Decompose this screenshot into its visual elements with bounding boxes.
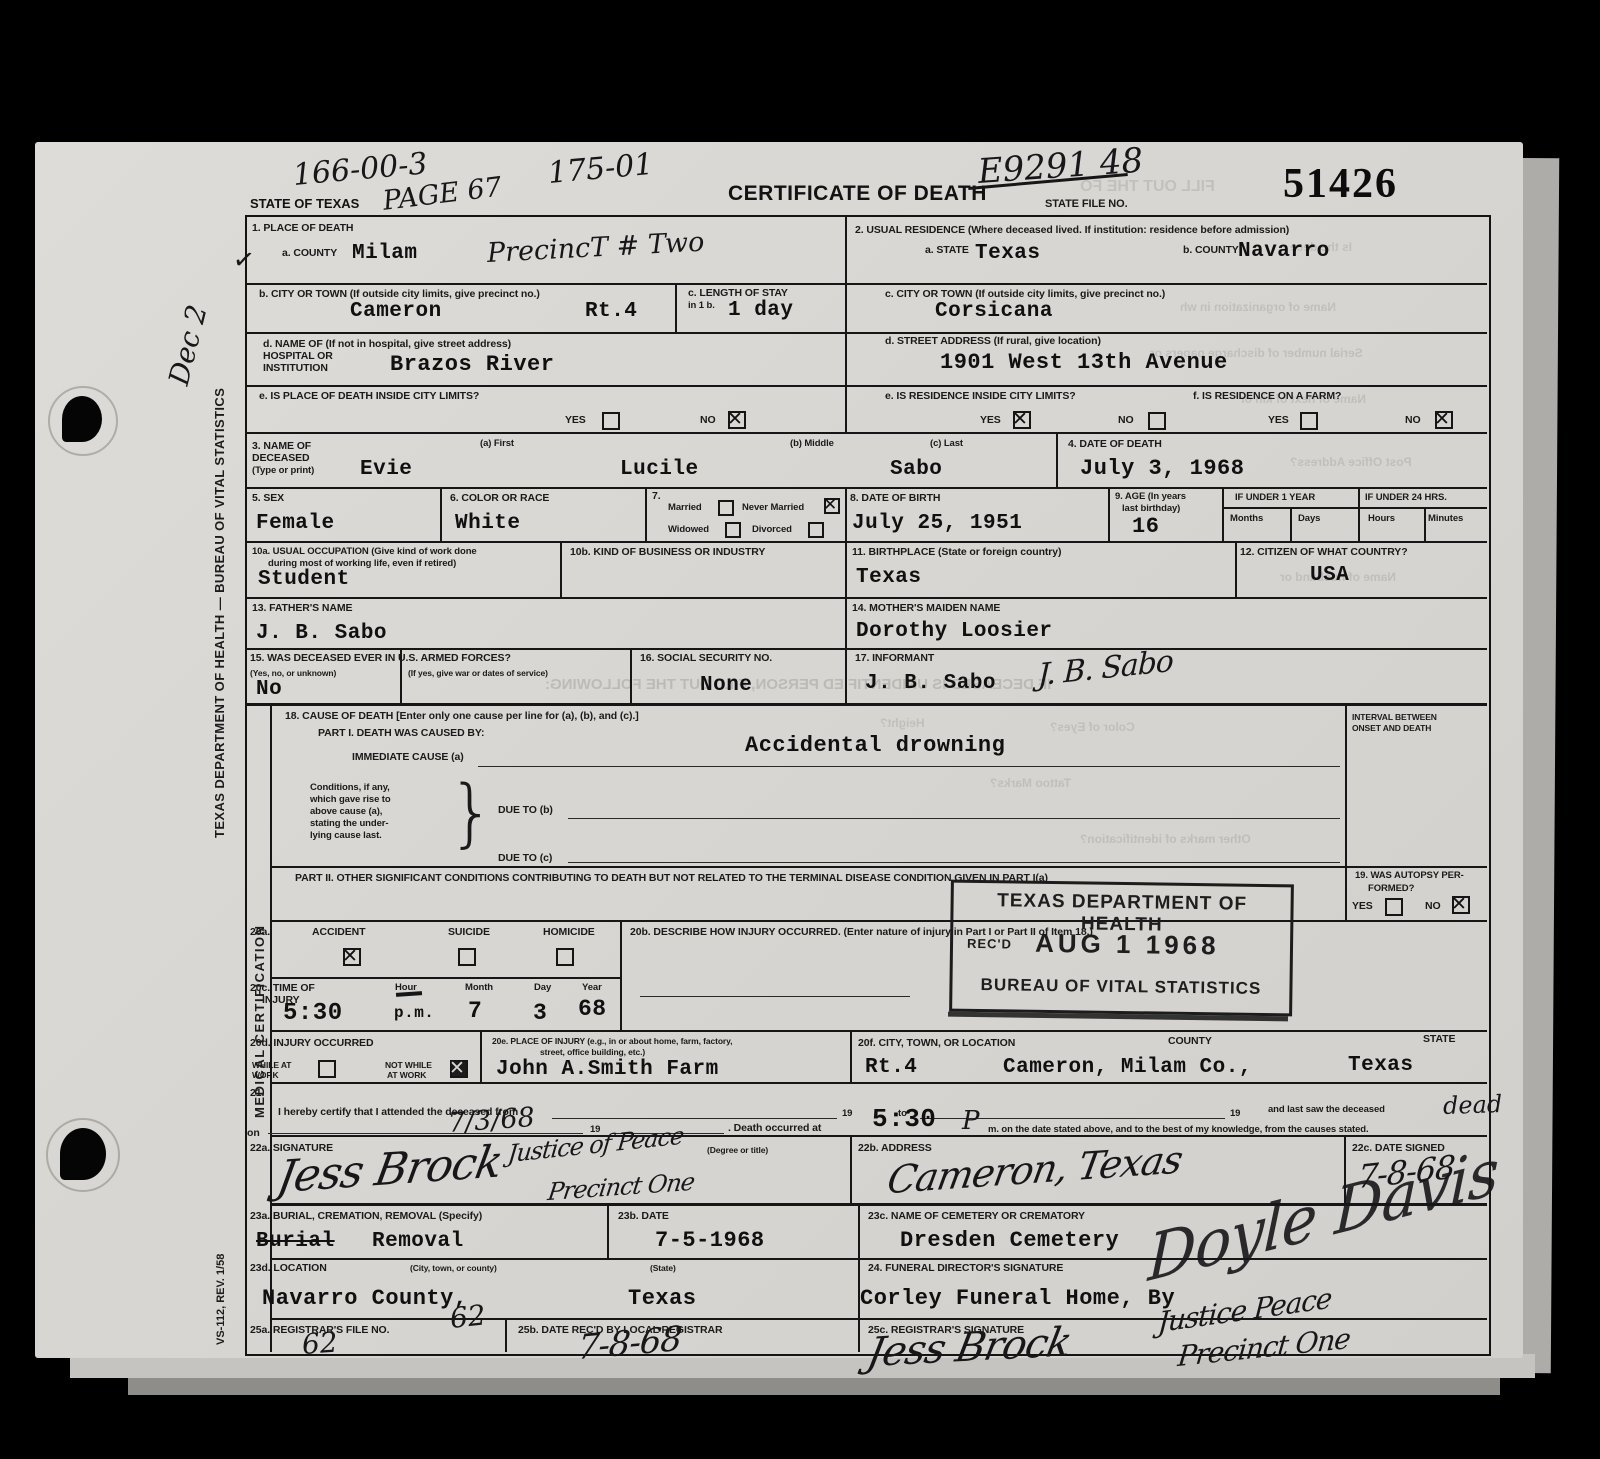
- state-file-number: 51426: [1283, 160, 1398, 208]
- county-label: a. COUNTY: [282, 247, 337, 259]
- hospital-label-3: INSTITUTION: [263, 362, 328, 374]
- place-of-injury-label-1: 20e. PLACE OF INJURY (e.g., in or about …: [492, 1036, 732, 1046]
- armed-forces-label: 15. WAS DECEASED EVER IN U.S. ARMED FORC…: [250, 652, 511, 664]
- certify-text-4: m. on the date stated above, and to the …: [988, 1124, 1369, 1135]
- middle-name-value: Lucile: [620, 458, 699, 481]
- cemetery-label: 23c. NAME OF CEMETERY OR CREMATORY: [868, 1210, 1085, 1222]
- mothers-maiden-name-label: 14. MOTHER'S MAIDEN NAME: [852, 602, 1000, 614]
- days-label: Days: [1298, 513, 1320, 524]
- certify-time-value: 5:30: [872, 1104, 936, 1134]
- middle-name-label: (b) Middle: [790, 438, 834, 449]
- received-stamp: TEXAS DEPARTMENT OF HEALTH REC'D AUG 1 1…: [949, 880, 1294, 1017]
- ssn-value: None: [700, 674, 752, 697]
- residence-no-checkbox: [1148, 412, 1166, 430]
- farm-yes-checkbox: [1300, 412, 1318, 430]
- margin-form-number: VS-112, REV. 1/58: [215, 1254, 227, 1345]
- injury-day-value: 3: [533, 1000, 547, 1026]
- location-state-value: Texas: [628, 1286, 697, 1311]
- autopsy-label-2: FORMED?: [1368, 883, 1414, 894]
- armed-forces-sub-1: (Yes, no, or unknown): [250, 668, 336, 678]
- address-label: 22b. ADDRESS: [858, 1142, 932, 1154]
- certify-text-3: . Death occurred at: [728, 1122, 821, 1134]
- degree-title-label: (Degree or title): [707, 1145, 768, 1155]
- route-value: Rt.4: [585, 300, 637, 323]
- homicide-label: HOMICIDE: [543, 926, 595, 938]
- x-mark-icon: ✕: [823, 495, 837, 515]
- x-mark-icon: ✕: [1451, 893, 1467, 915]
- location-sub-1: (City, town, or county): [410, 1263, 497, 1273]
- residence-state-value: Texas: [975, 242, 1041, 265]
- color-race-value: White: [455, 512, 521, 535]
- certify-section-label: 21.: [250, 1087, 264, 1099]
- date-of-death-label: 4. DATE OF DEATH: [1068, 438, 1162, 450]
- state-file-no-label: STATE FILE NO.: [1045, 198, 1128, 210]
- last-name-label: (c) Last: [930, 438, 963, 449]
- burial-date-label: 23b. DATE: [618, 1210, 669, 1222]
- divorced-label: Divorced: [752, 524, 792, 535]
- injury-month-value: 7: [468, 998, 482, 1024]
- stamp-recd-label: REC'D: [967, 936, 1012, 952]
- certificate-title: CERTIFICATE OF DEATH: [728, 182, 987, 206]
- hours-label: Hours: [1368, 513, 1395, 524]
- fathers-name-value: J. B. Sabo: [256, 622, 387, 645]
- citizen-value: USA: [1310, 564, 1349, 587]
- sex-label: 5. SEX: [252, 492, 284, 504]
- birthplace-value: Texas: [856, 566, 922, 589]
- cause-of-death-label: 18. CAUSE OF DEATH [Enter only one cause…: [285, 710, 639, 722]
- months-label: Months: [1230, 513, 1263, 524]
- registrar-file-handwritten-2: 62: [301, 1326, 339, 1361]
- describe-injury-label: 20b. DESCRIBE HOW INJURY OCCURRED. (Ente…: [630, 926, 1093, 938]
- burial-date-value: 7-5-1968: [655, 1228, 765, 1253]
- first-name-value: Evie: [360, 458, 412, 481]
- residence-no-label: NO: [1118, 414, 1134, 426]
- location-value: Navarro County,: [262, 1286, 468, 1311]
- time-of-injury-value: 5:30: [283, 1000, 343, 1027]
- widowed-label: Widowed: [668, 524, 709, 535]
- place-death-yes-checkbox: [602, 412, 620, 430]
- stamp-bureau-line: BUREAU OF VITAL STATISTICS: [952, 975, 1289, 1000]
- page-stack-edge-2: [128, 1378, 1500, 1395]
- injury-route-value: Rt.4: [865, 1056, 917, 1079]
- certify-19-b: 19: [1230, 1108, 1240, 1119]
- never-married-label: Never Married: [742, 502, 804, 513]
- married-label: Married: [668, 502, 702, 513]
- injury-city-value: Cameron, Milam Co.,: [1003, 1056, 1252, 1079]
- not-while-at-work-checkbox: ✕: [450, 1060, 468, 1078]
- residence-county-value: Navarro: [1238, 240, 1330, 263]
- occupation-value: Student: [258, 568, 350, 591]
- street-address-label: d. STREET ADDRESS (If rural, give locati…: [885, 335, 1101, 347]
- injury-state-value: Texas: [1348, 1054, 1414, 1077]
- hospital-value: Brazos River: [390, 352, 554, 377]
- marital-label: 7.: [652, 490, 661, 502]
- not-while-at-work-label-1: NOT WHILE: [385, 1060, 432, 1070]
- informant-label: 17. INFORMANT: [855, 652, 934, 664]
- autopsy-label-1: 19. WAS AUTOPSY PER-: [1355, 870, 1464, 881]
- county-value: Milam: [352, 242, 418, 265]
- immediate-cause-label: IMMEDIATE CAUSE (a): [352, 751, 464, 763]
- color-race-label: 6. COLOR OR RACE: [450, 492, 549, 504]
- interval-label: INTERVAL BETWEEN ONSET AND DEATH: [1352, 712, 1437, 734]
- x-mark-icon: ✕: [727, 408, 743, 430]
- length-of-stay-label: c. LENGTH OF STAY: [688, 287, 788, 299]
- name-of-deceased-label-1: 3. NAME OF: [252, 440, 311, 452]
- registrar-file-handwritten-1: 62: [448, 1298, 487, 1335]
- armed-forces-sub-2: (If yes, give war or dates of service): [408, 668, 548, 678]
- last-name-value: Sabo: [890, 458, 942, 481]
- while-at-work-label-1: WHILE AT: [252, 1060, 291, 1070]
- certify-on: on: [247, 1127, 260, 1139]
- length-of-stay-value: 1 day: [728, 299, 794, 322]
- never-married-checkbox: ✕: [824, 498, 840, 514]
- age-value: 16: [1132, 514, 1159, 539]
- residence-yes-label: YES: [980, 414, 1001, 426]
- certify-dead-handwritten: dead: [1443, 1090, 1503, 1120]
- residence-city-limits-label: e. IS RESIDENCE INSIDE CITY LIMITS?: [885, 390, 1076, 402]
- city-value: Cameron: [350, 300, 442, 323]
- autopsy-no-checkbox: ✕: [1452, 896, 1470, 914]
- funeral-home-value: Corley Funeral Home, By: [860, 1286, 1175, 1311]
- day-label: Day: [534, 982, 551, 993]
- conditions-note: Conditions, if any, which gave rise to a…: [310, 782, 391, 842]
- suicide-checkbox: [458, 948, 476, 966]
- minutes-label: Minutes: [1428, 513, 1463, 524]
- if-under-1-year-label: IF UNDER 1 YEAR: [1235, 492, 1315, 503]
- punch-hole-bottom: [60, 1128, 106, 1180]
- removal-value: Removal: [372, 1230, 464, 1253]
- place-of-death-title: 1. PLACE OF DEATH: [252, 222, 353, 234]
- homicide-checkbox: [556, 948, 574, 966]
- name-of-deceased-label-3: (Type or print): [252, 465, 314, 476]
- location-sub-2: (State): [650, 1263, 676, 1273]
- married-checkbox: [718, 500, 734, 516]
- armed-forces-value: No: [256, 678, 282, 701]
- place-death-city-limits-label: e. IS PLACE OF DEATH INSIDE CITY LIMITS?: [259, 390, 479, 402]
- while-at-work-checkbox: [318, 1060, 336, 1078]
- date-of-birth-value: July 25, 1951: [852, 512, 1022, 535]
- part2-label: PART II. OTHER SIGNIFICANT CONDITIONS CO…: [295, 872, 1048, 884]
- immediate-cause-value: Accidental drowning: [745, 733, 1005, 758]
- first-name-label: (a) First: [480, 438, 514, 449]
- if-under-24-hrs-label: IF UNDER 24 HRS.: [1365, 492, 1447, 503]
- burial-struck-value: Burial: [256, 1230, 335, 1253]
- injury-year-value: 68: [578, 996, 607, 1022]
- farm-yes-label: YES: [1268, 414, 1289, 426]
- occupation-label-1: 10a. USUAL OCCUPATION (Give kind of work…: [252, 546, 477, 557]
- fathers-name-label: 13. FATHER'S NAME: [252, 602, 352, 614]
- date-of-death-value: July 3, 1968: [1080, 456, 1244, 481]
- x-mark-icon: ✕: [449, 1057, 465, 1079]
- funeral-director-label: 24. FUNERAL DIRECTOR'S SIGNATURE: [868, 1262, 1063, 1274]
- divorced-checkbox: [808, 522, 824, 538]
- margin-agency-text: TEXAS DEPARTMENT OF HEALTH — BUREAU OF V…: [212, 388, 227, 838]
- residence-state-label: a. STATE: [925, 244, 969, 256]
- autopsy-no-label: NO: [1425, 900, 1441, 912]
- residence-farm-label: f. IS RESIDENCE ON A FARM?: [1193, 390, 1341, 402]
- injury-city-label: 20f. CITY, TOWN, OR LOCATION: [858, 1037, 1015, 1049]
- not-while-at-work-label-2: AT WORK: [387, 1070, 426, 1080]
- residence-yes-checkbox: ✕: [1013, 411, 1031, 429]
- injury-occurred-label: 20d. INJURY OCCURRED: [250, 1037, 373, 1049]
- place-of-injury-value: John A.Smith Farm: [496, 1058, 719, 1081]
- injury-county-header: COUNTY: [1168, 1035, 1212, 1047]
- widowed-checkbox: [725, 522, 741, 538]
- x-mark-icon: ✕: [1012, 408, 1028, 430]
- accident-checkbox: ✕: [343, 948, 361, 966]
- certify-19-a: 19: [842, 1108, 852, 1119]
- name-of-deceased-label-2: DECEASED: [252, 452, 310, 464]
- ssn-label: 16. SOCIAL SECURITY NO.: [640, 652, 772, 664]
- place-death-no-label: NO: [700, 414, 716, 426]
- birthplace-label: 11. BIRTHPLACE (State or foreign country…: [852, 546, 1061, 558]
- certify-pm-handwritten: P: [962, 1106, 980, 1136]
- citizen-label: 12. CITIZEN OF WHAT COUNTRY?: [1240, 546, 1408, 558]
- length-of-stay-sub: in 1 b.: [688, 300, 715, 311]
- city-or-town-label: b. CITY OR TOWN (If outside city limits,…: [259, 288, 540, 300]
- brace-glyph: }: [448, 770, 495, 856]
- usual-residence-title: 2. USUAL RESIDENCE (Where deceased lived…: [855, 224, 1289, 236]
- autopsy-yes-checkbox: [1385, 898, 1403, 916]
- due-to-b-label: DUE TO (b): [498, 804, 553, 816]
- farm-no-checkbox: ✕: [1435, 411, 1453, 429]
- mothers-maiden-name-value: Dorothy Loosier: [856, 620, 1053, 643]
- informant-value: J. B. Sabo: [865, 672, 996, 695]
- part1-label: PART I. DEATH WAS CAUSED BY:: [318, 727, 484, 739]
- autopsy-yes-label: YES: [1352, 900, 1373, 912]
- x-mark-icon: ✕: [342, 945, 358, 967]
- hospital-label-2: HOSPITAL OR: [263, 350, 333, 362]
- state-of-texas-label: STATE OF TEXAS: [250, 196, 359, 211]
- certify-text-2: and last saw the deceased: [1268, 1104, 1385, 1115]
- location-label: 23d. LOCATION: [250, 1262, 327, 1274]
- accident-label: ACCIDENT: [312, 926, 365, 938]
- residence-city-value: Corsicana: [935, 300, 1053, 323]
- farm-no-label: NO: [1405, 414, 1421, 426]
- month-label: Month: [465, 982, 493, 993]
- place-of-injury-label-2: street, office building, etc.): [540, 1047, 645, 1057]
- age-label-1: 9. AGE (In years: [1115, 491, 1186, 502]
- while-at-work-label-2: WORK: [252, 1070, 279, 1080]
- certify-date-handwritten: 7/3/68: [447, 1102, 536, 1139]
- punch-hole-top: [62, 396, 102, 442]
- place-death-no-checkbox: ✕: [728, 411, 746, 429]
- residence-county-label: b. COUNTY: [1183, 244, 1239, 256]
- injury-state-header: STATE: [1423, 1033, 1455, 1045]
- scanned-death-certificate: FILL OUT THE FO Is the dece Name of orga…: [0, 0, 1600, 1459]
- ampm-value: p.m.: [394, 1004, 434, 1022]
- street-address-value: 1901 West 13th Avenue: [940, 350, 1228, 375]
- hospital-label: d. NAME OF (If not in hospital, give str…: [263, 338, 511, 350]
- suicide-label: SUICIDE: [448, 926, 490, 938]
- x-mark-icon: ✕: [1434, 408, 1450, 430]
- date-of-birth-label: 8. DATE OF BIRTH: [850, 492, 940, 504]
- business-industry-label: 10b. KIND OF BUSINESS OR INDUSTRY: [570, 546, 765, 558]
- time-of-injury-label-1: 20c. TIME OF: [250, 982, 315, 994]
- place-death-yes-label: YES: [565, 414, 586, 426]
- sex-value: Female: [256, 512, 335, 535]
- age-label-2: last birthday): [1122, 503, 1180, 514]
- year-label: Year: [582, 982, 602, 993]
- due-to-c-label: DUE TO (c): [498, 852, 552, 864]
- residence-city-label: c. CITY OR TOWN (If outside city limits,…: [885, 288, 1165, 300]
- burial-removal-label: 23a. BURIAL, CREMATION, REMOVAL (Specify…: [250, 1210, 482, 1222]
- cemetery-value: Dresden Cemetery: [900, 1228, 1119, 1253]
- accident-section-label: 20a.: [250, 926, 270, 938]
